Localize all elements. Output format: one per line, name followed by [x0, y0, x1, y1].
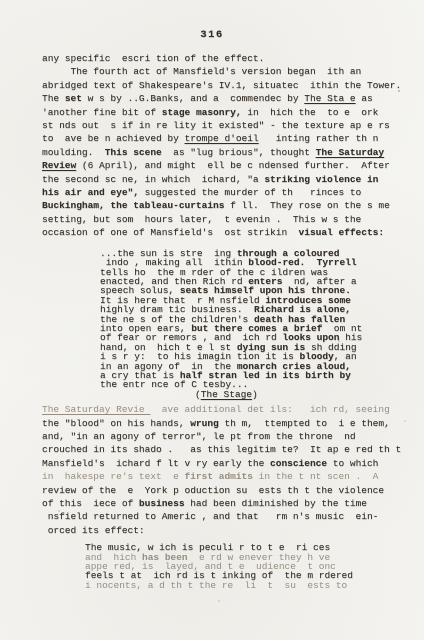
text-line: 'another fine bit of stage masonry, in h…: [42, 106, 414, 119]
text-segment: occasion of one of Mansfield's ost strik…: [42, 227, 299, 238]
text-line: abridged text of Shakespeare's IV.1, sit…: [42, 79, 414, 92]
music-quote: The music, w ich is peculi r to t e ri c…: [85, 543, 414, 590]
text-line: to ave be n achieved by trompe d'oeil in…: [42, 132, 414, 145]
text-segment: st nds out s if in re lity it existed" -…: [42, 120, 390, 131]
text-segment: visual effects:: [299, 227, 385, 238]
text-line: The Saturday Revie ave additional det il…: [42, 403, 414, 416]
text-segment: inting rather th n: [259, 133, 379, 144]
text-segment: moulding.: [42, 147, 105, 158]
text-line: and, "in an agony of terror", le pt from…: [42, 430, 414, 443]
text-line: occasion of one of Mansfield's ost strik…: [42, 226, 414, 239]
text-segment: f ll. They rose on the s me: [224, 200, 389, 211]
text-segment: ): [252, 389, 258, 400]
text-line: the "blood" on his hands, wrung th m, tt…: [42, 417, 414, 430]
text-line: The set w s by ..G.Banks, and a commende…: [42, 92, 414, 105]
text-line: (The Stage): [195, 390, 414, 399]
text-segment: The: [42, 93, 65, 104]
text-segment: of this iece of: [42, 498, 139, 509]
text-segment: orced its effect:: [42, 525, 145, 536]
text-segment: This scene: [105, 147, 162, 158]
text-line: The fourth act of Mansfield's version be…: [42, 65, 414, 78]
text-line: crouched in its shado . as this legitim …: [42, 443, 414, 456]
text-line: st nds out s if in re lity it existed" -…: [42, 119, 414, 132]
text-line: nsfield returned to Americ , and that rm…: [42, 510, 414, 523]
page-number: 316: [0, 29, 424, 41]
text-segment: abridged text of Shakespeare's IV.1, sit…: [42, 80, 401, 91]
stage-quote: ...the sun is stre ing through a coloure…: [100, 249, 414, 390]
underlined-title-text: The Stage: [201, 389, 252, 400]
text-segment: the second sc ne, in which ichard, "a: [42, 174, 264, 185]
text-segment: as "lug brious", thought: [162, 147, 316, 158]
text-segment: w s by ..G.Banks, and a commendec by: [82, 93, 304, 104]
text-line: any specific escri tion of the effect.: [42, 52, 414, 65]
page-text: any specific escri tion of the effect. T…: [42, 52, 414, 590]
text-segment: nsfield returned to Americ , and that rm…: [42, 511, 378, 522]
text-line: his air and eye", suggested the murder o…: [42, 186, 414, 199]
text-line: in hakespe re's text e first admits in t…: [42, 470, 414, 483]
text-segment: i nocents, a d th t the re li t su ests …: [85, 580, 347, 591]
text-line: review of the e York p oduction su ests …: [42, 484, 414, 497]
text-segment: in the t nt scen . A: [253, 471, 378, 482]
text-segment: had been diminished by the time: [185, 498, 367, 509]
stage-attribution: (The Stage): [195, 390, 414, 399]
text-segment: review of the e York p oduction su ests …: [42, 485, 384, 496]
text-line: of this iece of business had been dimini…: [42, 497, 414, 510]
text-segment: to ave be n achieved by: [42, 133, 185, 144]
paragraph-saturday-review: The Saturday Revie ave additional det il…: [42, 403, 414, 537]
text-segment: (6 April), and might ell be c ndensed fu…: [76, 160, 390, 171]
underlined-title-text: trompe d'oeil: [185, 133, 259, 144]
paragraph-mansfield-act-four: The fourth act of Mansfield's version be…: [42, 65, 414, 239]
text-segment: as: [356, 93, 373, 104]
text-segment: striking violence in: [264, 174, 378, 185]
text-segment: setting, but som hours later, t evenin .…: [42, 214, 361, 225]
text-segment: The fourth act of Mansfield's version be…: [42, 66, 361, 77]
underlined-title-text: The Saturday: [316, 147, 384, 158]
text-segment: the "blood" on his hands,: [42, 418, 190, 429]
underlined-title-text: The Saturday Revie: [42, 404, 150, 415]
text-segment: and, "in an agony of terror", le pt from…: [42, 431, 356, 442]
underlined-title-text: The Sta e: [304, 93, 355, 104]
text-segment: set: [65, 93, 82, 104]
text-segment: stage masonry,: [162, 107, 242, 118]
text-segment: his air and eye",: [42, 187, 139, 198]
text-line: Review (6 April), and might ell be c nde…: [42, 159, 414, 172]
scanned-book-page: 316 any specific escri tion of the effec…: [0, 0, 424, 640]
text-segment: any specific escri tion of the effect.: [42, 53, 264, 64]
text-line: Mansfield's ichard f lt v ry early the c…: [42, 457, 414, 470]
text-segment: crouched in its shado . as this legitim …: [42, 444, 401, 455]
text-line: the second sc ne, in which ichard, "a st…: [42, 173, 414, 186]
text-segment: first admits: [185, 471, 253, 482]
text-segment: 'another fine bit of: [42, 107, 162, 118]
text-line: Buckingham, the tableau-curtains f ll. T…: [42, 199, 414, 212]
text-segment: Mansfield's ichard f lt v ry early the: [42, 458, 270, 469]
text-segment: in hich the to e ork: [242, 107, 379, 118]
text-segment: ave additional det ils: ich rd, seeing: [150, 404, 389, 415]
opening-paragraph: any specific escri tion of the effect.: [42, 52, 414, 65]
text-segment: wrung: [190, 418, 219, 429]
text-segment: Buckingham, the tableau-curtains: [42, 200, 224, 211]
text-segment: conscience: [270, 458, 327, 469]
text-line: setting, but som hours later, t evenin .…: [42, 213, 414, 226]
text-line: moulding. This scene as "lug brious", th…: [42, 146, 414, 159]
text-segment: suggested the murder of th rinces to: [139, 187, 361, 198]
text-line: orced its effect:: [42, 524, 414, 537]
text-segment: in hakespe re's text e: [42, 471, 185, 482]
text-segment: business: [139, 498, 185, 509]
text-segment: th m, ttempted to i e them,: [219, 418, 390, 429]
underlined-title-text: Review: [42, 160, 76, 171]
text-line: i nocents, a d th t the re li t su ests …: [85, 581, 414, 590]
text-segment: to which: [327, 458, 378, 469]
